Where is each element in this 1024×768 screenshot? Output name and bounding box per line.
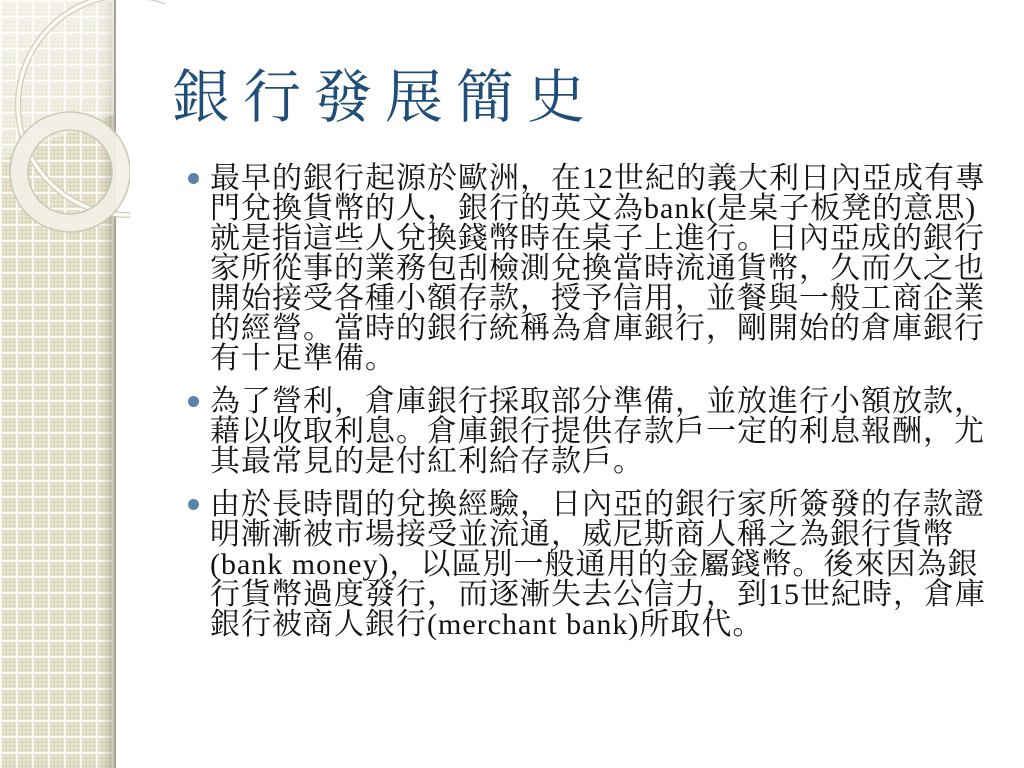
left-decoration-panel — [0, 0, 116, 768]
bullet-text: 為了營利，倉庫銀行採取部分準備，並放進行小額放款，藉以收取利息。倉庫銀行提供存款… — [210, 385, 985, 478]
bullet-text: 最早的銀行起源於歐洲，在12世紀的義大利日內亞成有專門兌換貨幣的人，銀行的英文為… — [210, 162, 986, 375]
bullet-item: 最早的銀行起源於歐洲，在12世紀的義大利日內亞成有專門兌換貨幣的人，銀行的英文為… — [188, 164, 986, 374]
bullet-item: 由於長時間的兌換經驗，日內亞的銀行家所簽發的存款證明漸漸被市場接受並流通，威尼斯… — [188, 490, 986, 640]
slide-content: 銀行發展簡史 最早的銀行起源於歐洲，在12世紀的義大利日內亞成有專門兌換貨幣的人… — [118, 0, 1024, 653]
sheen-highlight — [0, 0, 116, 160]
bullet-item: 為了營利，倉庫銀行採取部分準備，並放進行小額放款，藉以收取利息。倉庫銀行提供存款… — [188, 387, 986, 477]
bullet-list: 最早的銀行起源於歐洲，在12世紀的義大利日內亞成有專門兌換貨幣的人，銀行的英文為… — [188, 164, 986, 640]
presentation-slide: 銀行發展簡史 最早的銀行起源於歐洲，在12世紀的義大利日內亞成有專門兌換貨幣的人… — [0, 0, 1024, 768]
slide-title: 銀行發展簡史 — [172, 66, 1024, 130]
bullet-text: 由於長時間的兌換經驗，日內亞的銀行家所簽發的存款證明漸漸被市場接受並流通，威尼斯… — [210, 488, 986, 641]
